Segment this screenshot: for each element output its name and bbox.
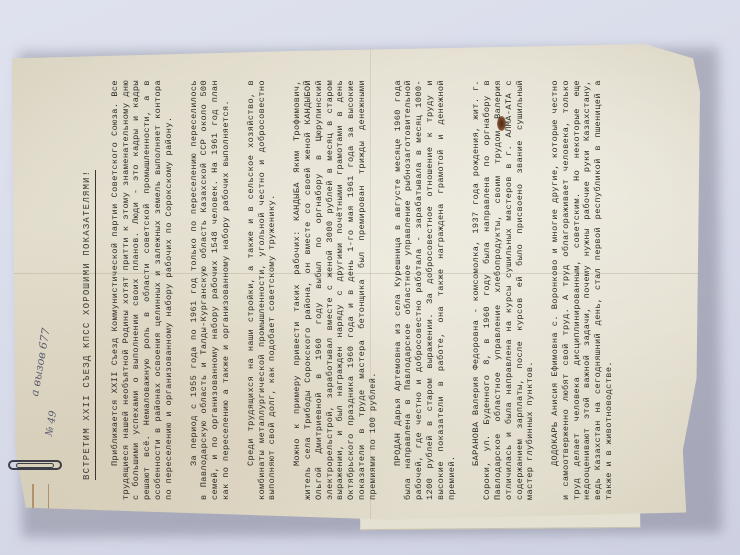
document-body: ВСТРЕТИМ ХХII СЪЕЗД КПСС ХОРОШИМИ ПОКАЗА…: [82, 80, 662, 500]
paragraph-workers: Среди трудящихся на наши стройки, а такж…: [246, 80, 278, 500]
typewritten-document: ВСТРЕТИМ ХХII СЪЕЗД КПСС ХОРОШИМИ ПОКАЗА…: [12, 44, 700, 522]
paragraph-kandyba: Можно к примеру привести таких рабочих: …: [292, 80, 378, 500]
paragraph-prodan: ПРОДАН Дарья Артемовна из села Курешница…: [393, 80, 458, 500]
document-title: ВСТРЕТИМ ХХII СЪЕЗД КПСС ХОРОШИМИ ПОКАЗА…: [82, 170, 96, 480]
paragraph-intro: Приближается ХХII Съезд Коммунистической…: [110, 80, 175, 500]
paragraph-resettlement: За период с 1955 года по 1961 год только…: [189, 80, 232, 500]
paperclip-icon: [8, 460, 62, 470]
paragraph-dodokar: ДОДОКАРЬ Анисия Ефимовна с. Воронково и …: [550, 80, 615, 500]
paragraph-baranova: БАРАНОВА Валерия Федоровна - комсомолка,…: [471, 80, 536, 500]
